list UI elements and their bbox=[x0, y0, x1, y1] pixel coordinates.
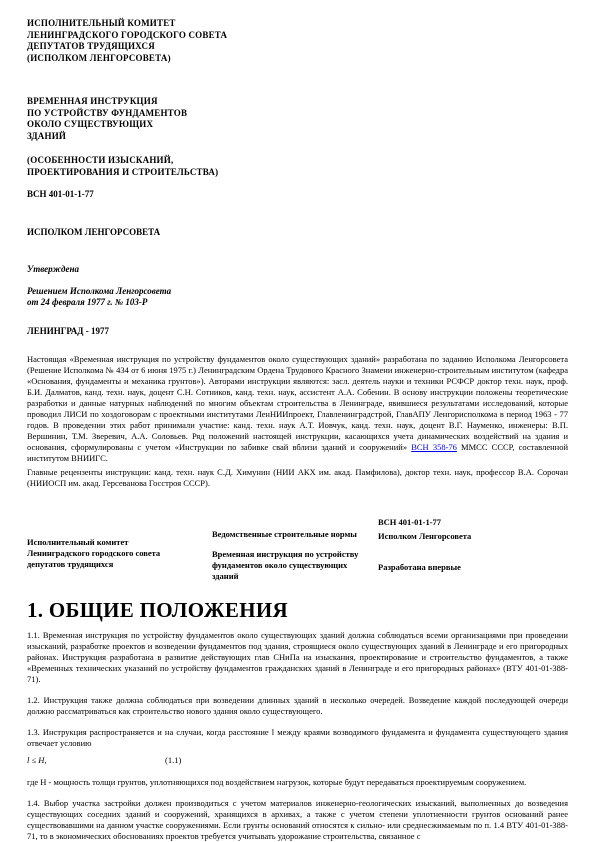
reviewers-paragraph: Главные рецензенты инструкции: канд. тех… bbox=[27, 467, 568, 489]
header-center-cell: Ведомственные строительные нормы Временн… bbox=[212, 509, 378, 582]
formula-number: (1.1) bbox=[165, 755, 181, 765]
doc-title-block: ВРЕМЕННАЯ ИНСТРУКЦИЯ ПО УСТРОЙСТВУ ФУНДА… bbox=[27, 96, 568, 142]
header-left-line: Исполнительный комитет bbox=[27, 537, 212, 548]
doc-code: ВСН 401-01-1-77 bbox=[27, 189, 568, 201]
approval-line: Решением Исполкома Ленгорсовета bbox=[27, 286, 568, 298]
clause-1-4: 1.4. Выбор участка застройки должен прои… bbox=[27, 798, 568, 842]
committee-line: ДЕПУТАТОВ ТРУДЯЩИХСЯ bbox=[27, 41, 568, 53]
preamble-text-before-link: Настоящая «Временная инструкция по устро… bbox=[27, 354, 568, 452]
doc-subtitle-block: (ОСОБЕННОСТИ ИЗЫСКАНИЙ, ПРОЕКТИРОВАНИЯ И… bbox=[27, 155, 568, 178]
committee-line: ЛЕНИНГРАДСКОГО ГОРОДСКОГО СОВЕТА bbox=[27, 30, 568, 42]
header-left-cell: Исполнительный комитет Ленинградского го… bbox=[27, 509, 212, 582]
clause-1-1: 1.1. Временная инструкция по устройству … bbox=[27, 630, 568, 685]
section-heading: 1. ОБЩИЕ ПОЛОЖЕНИЯ bbox=[27, 598, 568, 622]
committee-line: ИСПОЛНИТЕЛЬНЫЙ КОМИТЕТ bbox=[27, 18, 568, 30]
header-left-line: депутатов трудящихся bbox=[27, 559, 212, 570]
approval-block: Решением Исполкома Ленгорсовета от 24 фе… bbox=[27, 286, 568, 309]
doc-title-line: ОКОЛО СУЩЕСТВУЮЩИХ bbox=[27, 119, 568, 131]
approval-label: Утверждена bbox=[27, 264, 568, 276]
formula-expression: l ≤ H, bbox=[27, 755, 165, 766]
doc-title-line: ПО УСТРОЙСТВУ ФУНДАМЕНТОВ bbox=[27, 108, 568, 120]
header-left-line: Ленинградского городского совета bbox=[27, 548, 212, 559]
header-right-cell: ВСН 401-01-1-77 Исполком Ленгорсовета Ра… bbox=[378, 509, 568, 582]
place-year: ЛЕНИНГРАД - 1977 bbox=[27, 326, 568, 338]
doc-title-line: ВРЕМЕННАЯ ИНСТРУКЦИЯ bbox=[27, 96, 568, 108]
formula-row: l ≤ H,(1.1) bbox=[27, 755, 568, 766]
issuer: ИСПОЛКОМ ЛЕНГОРСОВЕТА bbox=[27, 227, 568, 239]
clause-1-3: 1.3. Инструкция распространяется и на сл… bbox=[27, 727, 568, 749]
header-status: Разработана впервые bbox=[378, 562, 568, 573]
doc-title-line: ЗДАНИЙ bbox=[27, 131, 568, 143]
committee-block: ИСПОЛНИТЕЛЬНЫЙ КОМИТЕТ ЛЕНИНГРАДСКОГО ГО… bbox=[27, 18, 568, 64]
clause-1-2: 1.2. Инструкция также должна соблюдаться… bbox=[27, 695, 568, 717]
header-norm-type: Ведомственные строительные нормы bbox=[212, 529, 364, 540]
formula-definition: где Н - мощность толщи грунтов, уплотняю… bbox=[27, 777, 568, 788]
approval-line: от 24 февраля 1977 г. № 103-Р bbox=[27, 297, 568, 309]
doc-subtitle-line: ПРОЕКТИРОВАНИЯ И СТРОИТЕЛЬСТВА) bbox=[27, 167, 568, 179]
header-doc-code: ВСН 401-01-1-77 bbox=[378, 517, 568, 528]
header-doc-title: Временная инструкция по устройству фунда… bbox=[212, 549, 364, 582]
header-issuer: Исполком Ленгорсовета bbox=[378, 531, 568, 542]
doc-subtitle-line: (ОСОБЕННОСТИ ИЗЫСКАНИЙ, bbox=[27, 155, 568, 167]
document-page: ИСПОЛНИТЕЛЬНЫЙ КОМИТЕТ ЛЕНИНГРАДСКОГО ГО… bbox=[0, 0, 595, 842]
preamble-paragraph: Настоящая «Временная инструкция по устро… bbox=[27, 354, 568, 464]
committee-line: (ИСПОЛКОМ ЛЕНГОРСОВЕТА) bbox=[27, 53, 568, 65]
doc-header-block: Исполнительный комитет Ленинградского го… bbox=[27, 509, 568, 582]
vsn-358-76-link[interactable]: ВСН 358-76 bbox=[411, 442, 457, 452]
